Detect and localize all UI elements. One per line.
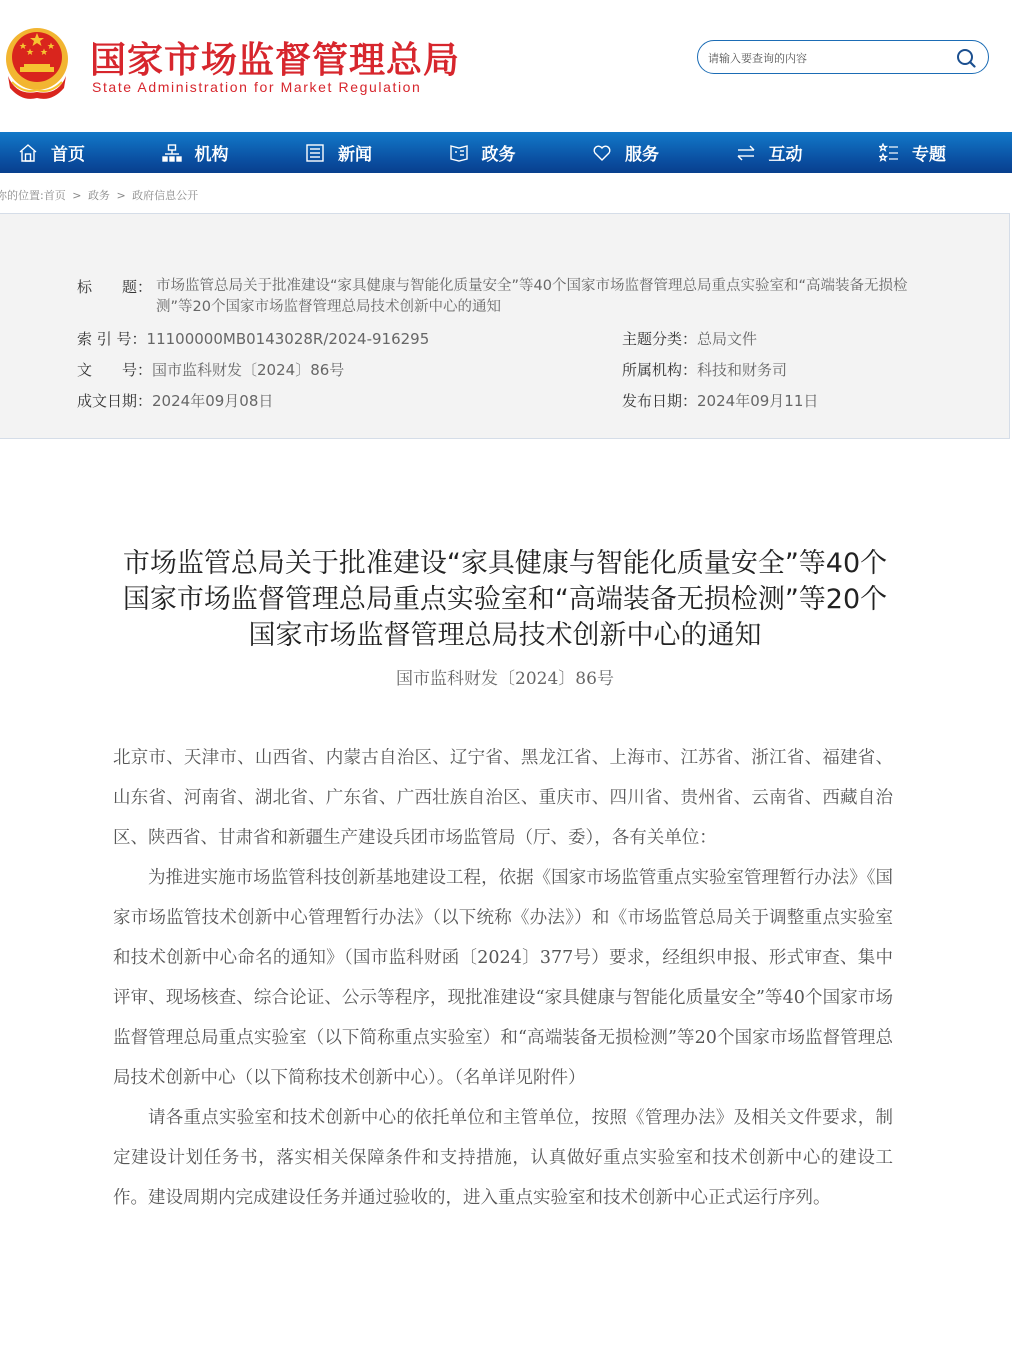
- nav-label: 互动: [769, 140, 803, 165]
- nav-label: 服务: [625, 140, 659, 165]
- government-affairs-icon: [449, 143, 469, 163]
- breadcrumb-government-affairs[interactable]: 政务: [88, 189, 110, 202]
- meta-index-value: 11100000MB0143028R/2024-916295: [147, 330, 430, 348]
- meta-publish-date-label: 发布日期：: [622, 390, 697, 411]
- star-list-icon: [879, 143, 899, 163]
- home-icon: [18, 143, 38, 163]
- nav-label: 专题: [912, 140, 946, 165]
- search-icon[interactable]: [956, 48, 976, 68]
- document-paragraph: 请各重点实验室和技术创新中心的依托单位和主管单位，按照《管理办法》及相关文件要求…: [113, 1098, 893, 1218]
- search-input[interactable]: [708, 48, 948, 68]
- meta-publish-date-value: 2024年09月11日: [697, 392, 818, 410]
- nav-item-government-affairs[interactable]: 政务: [431, 132, 575, 173]
- document-number: 国市监科财发〔2024〕86号: [110, 664, 900, 689]
- meta-agency-label: 所属机构：: [622, 359, 697, 380]
- meta-doc-number-value: 国市监科财发〔2024〕86号: [152, 361, 344, 379]
- document-addressees: 北京市、天津市、山西省、内蒙古自治区、辽宁省、黑龙江省、上海市、江苏省、浙江省、…: [113, 738, 893, 858]
- meta-category-row: 主题分类：总局文件: [622, 328, 757, 349]
- breadcrumb: 你的位置:首页 > 政务 > 政府信息公开: [0, 187, 201, 203]
- site-header: 国家市场监督管理总局 State Administration for Mark…: [0, 0, 1012, 132]
- nav-item-news[interactable]: 新闻: [287, 132, 431, 173]
- meta-title-label: 标 题：: [77, 276, 156, 318]
- nav-label: 首页: [51, 140, 85, 165]
- site-name-en: State Administration for Market Regulati…: [92, 79, 421, 95]
- meta-publish-date-row: 发布日期：2024年09月11日: [622, 390, 818, 411]
- document-paragraph: 为推进实施市场监管科技创新基地建设工程，依据《国家市场监管重点实验室管理暂行办法…: [113, 858, 893, 1098]
- document-metadata-box: 标 题： 市场监管总局关于批准建设“家具健康与智能化质量安全”等40个国家市场监…: [0, 213, 1010, 439]
- exchange-arrows-icon: [736, 143, 756, 163]
- meta-category-label: 主题分类：: [622, 328, 697, 349]
- breadcrumb-separator: >: [116, 189, 125, 202]
- site-name-cn: 国家市场监督管理总局: [90, 32, 460, 83]
- meta-title-row: 标 题： 市场监管总局关于批准建设“家具健康与智能化质量安全”等40个国家市场监…: [77, 276, 937, 318]
- meta-title-value: 市场监管总局关于批准建设“家具健康与智能化质量安全”等40个国家市场监督管理总局…: [156, 276, 937, 318]
- nav-item-home[interactable]: 首页: [0, 132, 144, 173]
- breadcrumb-home[interactable]: 首页: [44, 189, 66, 202]
- nav-item-special-topics[interactable]: 专题: [861, 132, 1005, 173]
- nav-label: 机构: [195, 140, 229, 165]
- nav-item-interaction[interactable]: 互动: [718, 132, 862, 173]
- heart-icon: [592, 143, 612, 163]
- main-nav: 首页 机构 新闻 政务 服务 互动: [0, 132, 1012, 173]
- breadcrumb-info-disclosure[interactable]: 政府信息公开: [132, 189, 198, 202]
- nav-label: 政务: [482, 140, 516, 165]
- meta-category-value: 总局文件: [697, 330, 757, 348]
- meta-written-date-row: 成文日期：2024年09月08日: [77, 390, 273, 411]
- document-title: 市场监管总局关于批准建设“家具健康与智能化质量安全”等40个国家市场监督管理总局…: [110, 546, 900, 654]
- search-box: [697, 40, 989, 74]
- breadcrumb-prefix: 你的位置:: [0, 189, 44, 202]
- document-body: 北京市、天津市、山西省、内蒙古自治区、辽宁省、黑龙江省、上海市、江苏省、浙江省、…: [113, 738, 893, 1218]
- org-chart-icon: [162, 143, 182, 163]
- meta-doc-number-label: 文 号：: [77, 359, 152, 380]
- meta-written-date-value: 2024年09月08日: [152, 392, 273, 410]
- meta-written-date-label: 成文日期：: [77, 390, 152, 411]
- meta-index-label: 索 引 号：: [77, 328, 147, 349]
- meta-index-row: 索 引 号：11100000MB0143028R/2024-916295: [77, 328, 429, 349]
- nav-item-organization[interactable]: 机构: [144, 132, 288, 173]
- meta-agency-row: 所属机构：科技和财务司: [622, 359, 787, 380]
- national-emblem-icon: [2, 26, 72, 102]
- breadcrumb-separator: >: [72, 189, 81, 202]
- meta-agency-value: 科技和财务司: [697, 361, 787, 379]
- nav-item-service[interactable]: 服务: [574, 132, 718, 173]
- meta-doc-number-row: 文 号：国市监科财发〔2024〕86号: [77, 359, 344, 380]
- nav-label: 新闻: [338, 140, 372, 165]
- news-icon: [305, 143, 325, 163]
